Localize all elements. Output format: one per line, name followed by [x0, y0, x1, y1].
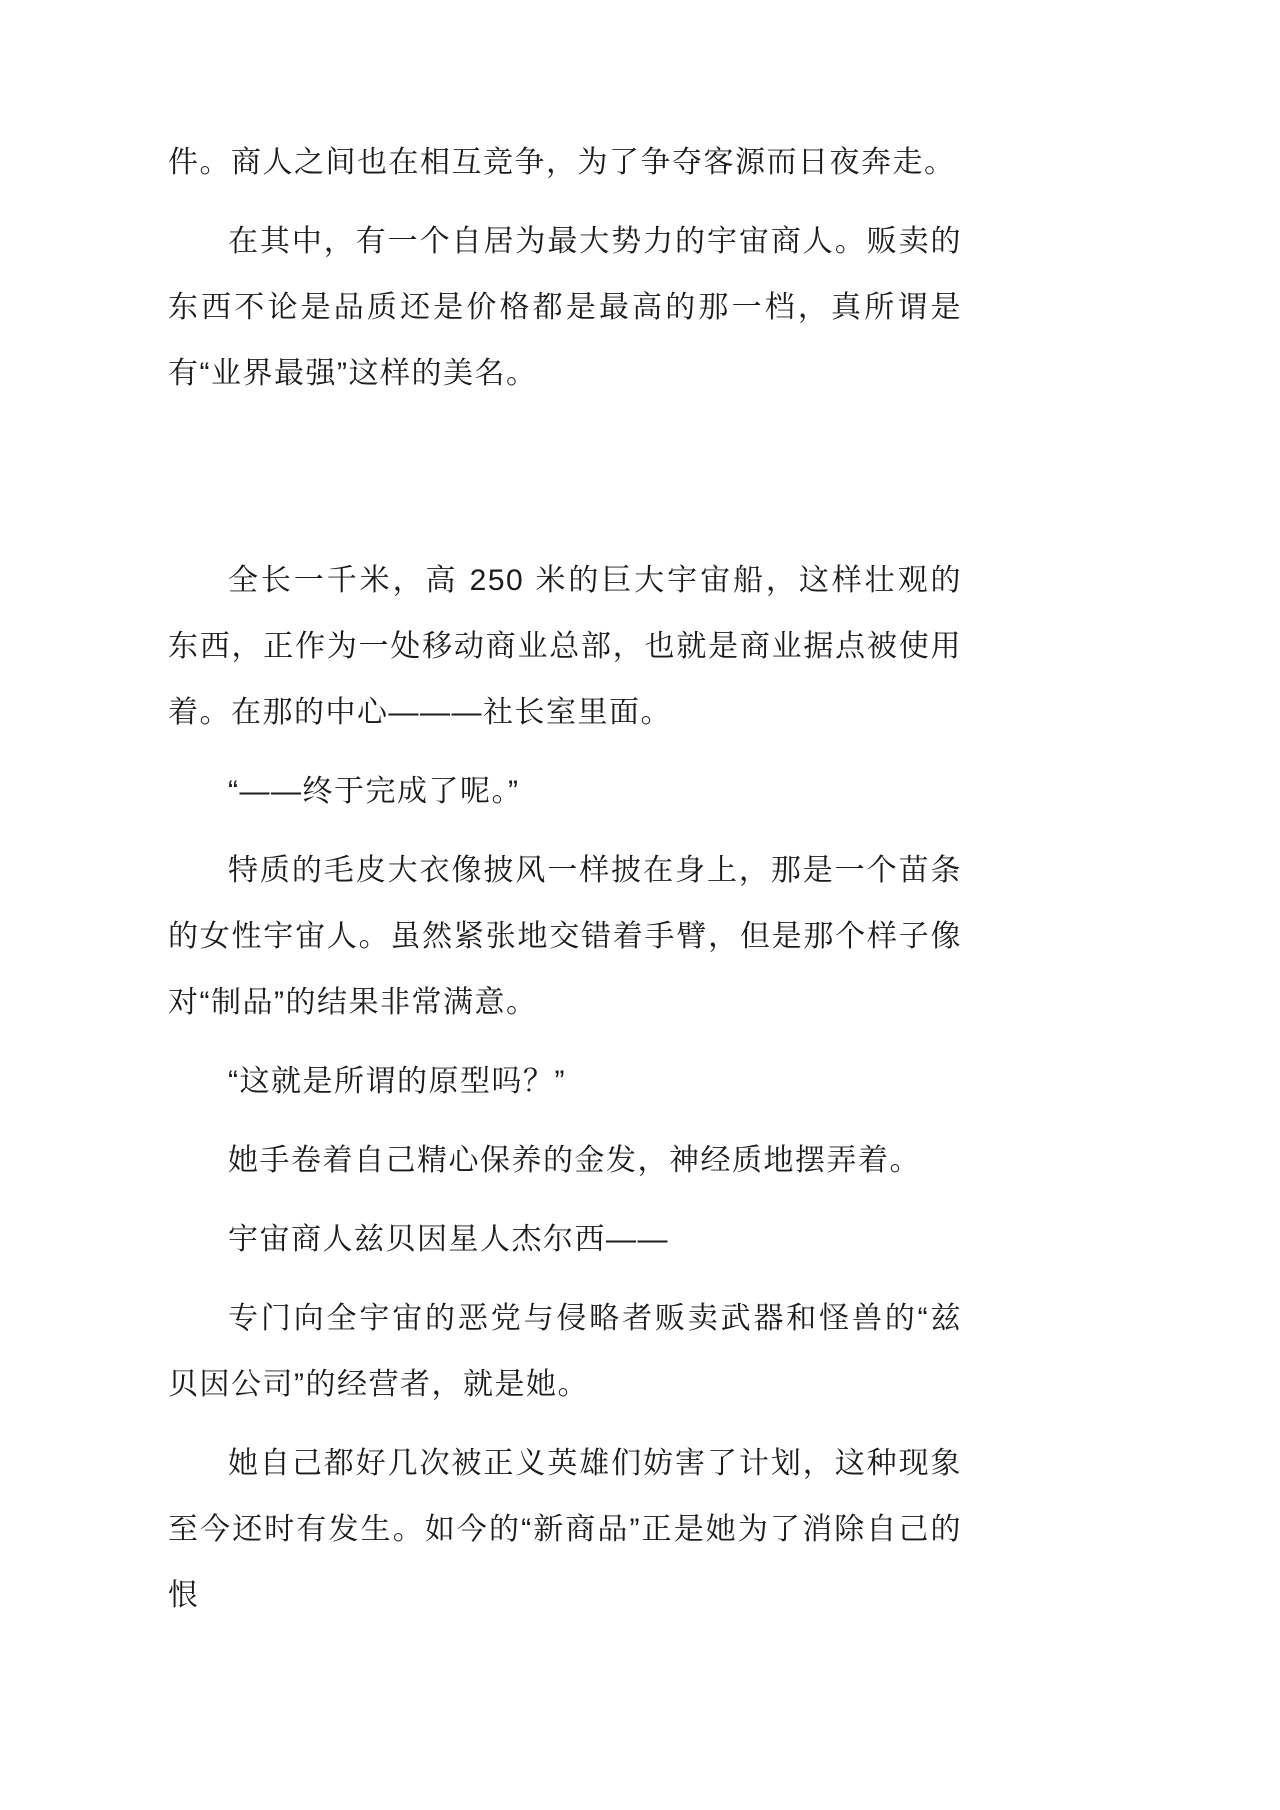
paragraph: 专门向全宇宙的恶党与侵略者贩卖武器和怪兽的“兹贝因公司”的经营者，就是她。: [168, 1286, 962, 1418]
scene-break-spacer: [168, 420, 962, 548]
paragraph: 全长一千米，高 250 米的巨大宇宙船，这样壮观的东西，正作为一处移动商业总部，…: [168, 548, 962, 746]
paragraph: 宇宙商人兹贝因星人杰尔西——: [168, 1207, 962, 1273]
paragraph: 特质的毛皮大衣像披风一样披在身上，那是一个苗条的女性宇宙人。虽然紧张地交错着手臂…: [168, 838, 962, 1036]
novel-page: 件。商人之间也在相互竞争，为了争夺客源而日夜奔走。在其中，有一个自居为最大势力的…: [0, 0, 1280, 1810]
paragraph: 在其中，有一个自居为最大势力的宇宙商人。贩卖的东西不论是品质还是价格都是最高的那…: [168, 209, 962, 407]
paragraph: “这就是所谓的原型吗？”: [168, 1049, 962, 1115]
paragraph: 她手卷着自己精心保养的金发，神经质地摆弄着。: [168, 1128, 962, 1194]
document-body: 件。商人之间也在相互竞争，为了争夺客源而日夜奔走。在其中，有一个自居为最大势力的…: [168, 130, 962, 1642]
paragraph: “——终于完成了呢。”: [168, 759, 962, 825]
paragraph: 她自己都好几次被正义英雄们妨害了计划，这种现象至今还时有发生。如今的“新商品”正…: [168, 1431, 962, 1629]
paragraph: 件。商人之间也在相互竞争，为了争夺客源而日夜奔走。: [168, 130, 962, 196]
